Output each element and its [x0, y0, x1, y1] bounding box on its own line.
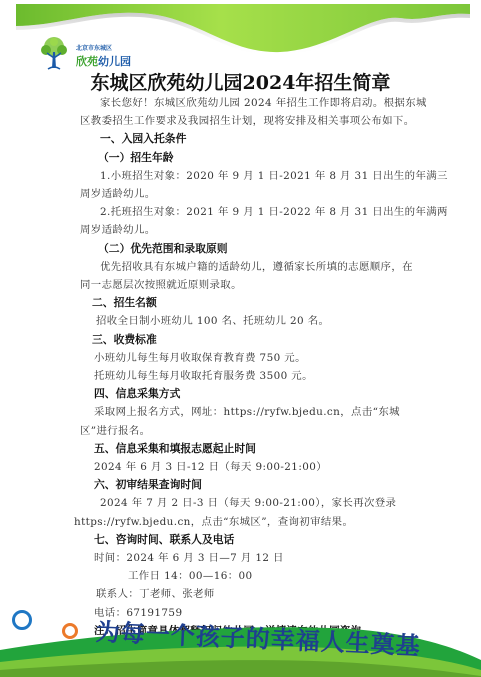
section-2-heading: 二、招生名额 [80, 294, 408, 312]
signup-line-2: 区”进行报名。 [80, 422, 408, 440]
blue-circle-icon [12, 610, 32, 630]
consult-workday-line: 工作日 14：00—16：00 [80, 567, 408, 585]
section-6-heading: 六、初审结果查询时间 [80, 476, 408, 494]
quota-line: 招收全日制小班幼儿 100 名、托班幼儿 20 名。 [80, 312, 408, 330]
consult-time-line: 时间：2024 年 6 月 3 日—7 月 12 日 [80, 549, 408, 567]
collection-time-line: 2024 年 6 月 3 日-12 日（每天 9:00-21:00） [80, 458, 408, 476]
intro-line-2: 区教委招生工作要求及我园招生计划，现将安排及相关事项公布如下。 [80, 112, 408, 130]
section-5-heading: 五、信息采集和填报志愿起止时间 [80, 440, 408, 458]
section-3-heading: 三、收费标准 [80, 331, 408, 349]
orange-circle-icon [62, 623, 78, 639]
intro-line-1: 家长您好！东城区欣苑幼儿园 2024 年招生工作即将启动。根据东城 [80, 94, 408, 112]
priority-line-1: 优先招收具有东城户籍的适龄幼儿，遵循家长所填的志愿顺序，在 [80, 258, 408, 276]
query-line-1: 2024 年 7 月 2 日-3 日（每天 9:00-21:00），家长再次登录 [80, 494, 408, 512]
signup-line-1: 采取网上报名方式，网址：https://ryfw.bjedu.cn，点击“东城 [80, 403, 408, 421]
age-item-1-line-1: 1.小班招生对象：2020 年 9 月 1 日-2021 年 8 月 31 日出… [80, 167, 408, 185]
document-body: 家长您好！东城区欣苑幼儿园 2024 年招生工作即将启动。根据东城 区教委招生工… [80, 94, 408, 677]
tree-logo-icon [38, 36, 70, 72]
section-4-heading: 四、信息采集方式 [80, 385, 408, 403]
priority-line-2: 同一志愿层次按照就近原则录取。 [80, 276, 408, 294]
fee-line-2: 托班幼儿每生每月收取托育服务费 3500 元。 [80, 367, 408, 385]
age-item-2-line-2: 周岁适龄幼儿。 [80, 221, 408, 239]
section-1-heading: 一、入园入托条件 [80, 130, 408, 148]
query-line-2: https://ryfw.bjedu.cn，点击“东城区”，查询初审结果。 [74, 513, 408, 531]
fee-line-1: 小班幼儿每生每月收取保育教育费 750 元。 [80, 349, 408, 367]
section-7-heading: 七、咨询时间、联系人及电话 [80, 531, 408, 549]
logo-district-text: 北京市东城区 [76, 43, 112, 52]
page-title: 东城区欣苑幼儿园2024年招生简章 [0, 68, 481, 95]
age-item-2-line-1: 2.托班招生对象：2021 年 9 月 1 日-2022 年 8 月 31 日出… [80, 203, 408, 221]
subsection-1-heading: （一）招生年龄 [80, 149, 408, 167]
age-item-1-line-2: 周岁适龄幼儿。 [80, 185, 408, 203]
logo-name: 欣苑幼儿园 [76, 53, 131, 69]
subsection-2-heading: （二）优先范围和录取原则 [80, 240, 408, 258]
